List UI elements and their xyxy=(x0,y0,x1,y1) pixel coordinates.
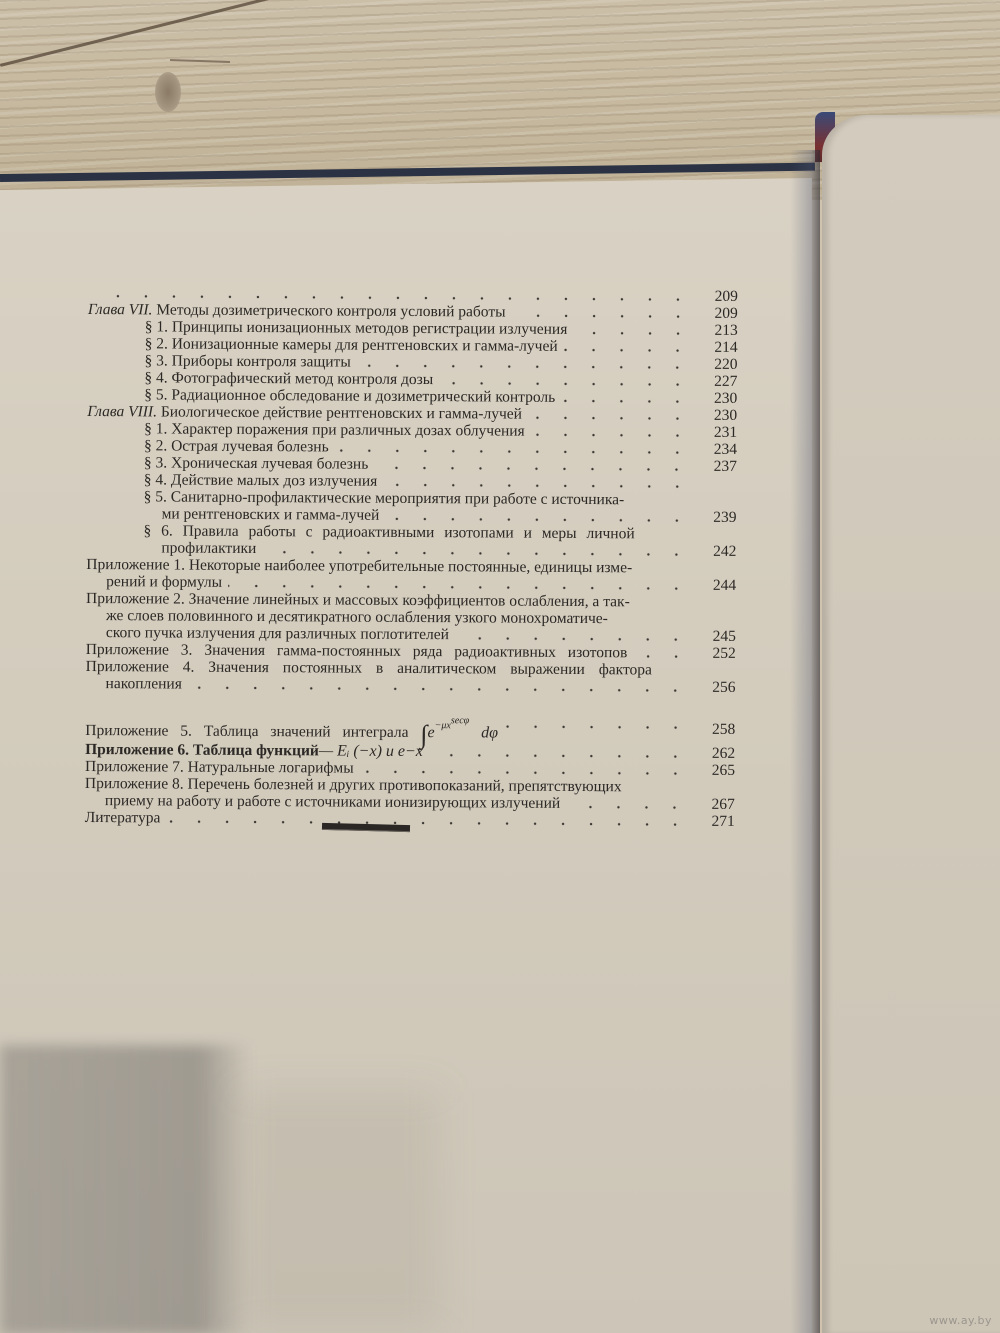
page-number: 209 xyxy=(698,288,738,305)
function-formula: — Eᵢ (−x) и e−x xyxy=(319,742,423,760)
section-number: § 1. xyxy=(144,420,167,437)
leader-dots xyxy=(564,348,692,353)
wood-crack xyxy=(0,0,291,67)
section-title: Действие малых доз излучения xyxy=(171,472,377,490)
page-number: 244 xyxy=(696,577,736,594)
leader-dots xyxy=(94,294,692,302)
section-number: § 4. xyxy=(144,471,167,488)
section-title: Острая лучевая болезнь xyxy=(171,438,329,456)
section-number: § 2. xyxy=(144,437,167,454)
formula-differential: dφ xyxy=(481,724,498,741)
section-number: § 5. xyxy=(144,488,167,505)
appendix-label: Приложение 6. xyxy=(85,741,189,759)
leader-dots xyxy=(383,483,691,489)
page-number: 220 xyxy=(697,356,737,373)
page-number: 231 xyxy=(697,424,737,441)
leader-dots xyxy=(561,399,691,404)
page-number: 230 xyxy=(697,407,737,424)
section-number: § 2. xyxy=(145,335,168,352)
spine-shadow xyxy=(790,150,820,1333)
section-title-continuation: ми рентгеновских и гамма-лучей xyxy=(162,505,380,523)
section-number: § 3. xyxy=(144,454,167,471)
leader-dots xyxy=(528,416,691,421)
appendix-title: Таблица значений интеграла xyxy=(204,723,409,741)
appendix-label: Приложение 4. xyxy=(86,658,195,676)
page-number: 258 xyxy=(695,721,735,738)
hand-shadow xyxy=(240,1090,440,1330)
page-number: 252 xyxy=(696,645,736,662)
leader-dots xyxy=(166,819,688,826)
appendix-label: Приложение 1. xyxy=(86,556,185,574)
integral-formula: ∫e−μxsecφ dφ xyxy=(420,724,498,741)
section-number: § 1. xyxy=(145,318,168,335)
page-number: 230 xyxy=(697,390,737,407)
section-title: Характер поражения при различных дозах о… xyxy=(171,421,525,440)
page-number: 262 xyxy=(695,745,735,762)
watermark: www.ay.by xyxy=(929,1314,992,1327)
appendix-label: Приложение 5. xyxy=(85,722,192,740)
page-number: 267 xyxy=(695,796,735,813)
leader-dots xyxy=(228,584,690,591)
appendix-label: Приложение 8. xyxy=(85,775,184,793)
leader-dots xyxy=(455,636,690,641)
leader-dots xyxy=(429,753,689,759)
chapter-label: Глава VII. xyxy=(88,301,153,318)
toc-appendix: Приложение 5. Таблица значений интеграла… xyxy=(85,710,735,745)
appendix-title-continuation: накопления xyxy=(106,675,182,692)
chapter-title: Биологическое действие рентгеновских и г… xyxy=(161,403,522,422)
leader-dots xyxy=(633,654,689,658)
leader-dots xyxy=(573,331,691,336)
hand-shadow xyxy=(0,1045,250,1333)
leader-dots xyxy=(531,433,691,438)
leader-dots xyxy=(385,517,690,523)
page-number: 234 xyxy=(697,441,737,458)
leader-dots xyxy=(188,686,690,693)
page-number: 256 xyxy=(695,679,735,696)
right-page xyxy=(822,115,1000,1333)
formula-exponent-power: secφ xyxy=(451,715,469,726)
leader-dots xyxy=(504,725,689,730)
literature-label: Литература xyxy=(85,809,161,826)
appendix-title: Таблица функций xyxy=(193,742,319,760)
appendix-label: Приложение 3. xyxy=(86,641,193,659)
section-title: Фотографический метод контроля дозы xyxy=(172,370,434,389)
leader-dots xyxy=(262,550,690,557)
formula-exponent: −μx xyxy=(435,720,451,731)
section-title: Приборы контроля защиты xyxy=(172,353,351,371)
section-title: Хроническая лучевая болезнь xyxy=(171,455,368,473)
appendix-title-continuation: рений и формулы xyxy=(106,573,222,591)
leader-dots xyxy=(439,381,691,387)
page-number: 265 xyxy=(695,762,735,779)
wood-knot xyxy=(155,72,181,112)
section-number: § 5. xyxy=(144,386,167,403)
appendix-title-continuation: ского пучка излучения для различных погл… xyxy=(106,624,449,643)
chapter-title: Методы дозиметрического контроля условий… xyxy=(156,301,505,320)
page-number: 209 xyxy=(698,305,738,322)
section-title-continuation: профилактики xyxy=(161,539,256,557)
leader-dots xyxy=(512,314,692,319)
appendix-title: Натуральные логарифмы xyxy=(188,759,354,777)
appendix-label: Приложение 7. xyxy=(85,758,184,776)
chapter-label: Глава VIII. xyxy=(87,403,157,420)
leader-dots xyxy=(360,770,689,776)
section-number: § 4. xyxy=(144,369,167,386)
page-number: 271 xyxy=(695,813,735,830)
page-number: 242 xyxy=(696,543,736,560)
page-number: 227 xyxy=(697,373,737,390)
page-number: 239 xyxy=(697,509,737,526)
leader-dots xyxy=(357,364,692,370)
page-number: 245 xyxy=(696,628,736,645)
appendix-label: Приложение 2. xyxy=(86,590,185,608)
page-number: 214 xyxy=(698,339,738,356)
page-number: 213 xyxy=(698,322,738,339)
leader-dots xyxy=(335,449,691,455)
section-number: § 6. xyxy=(143,522,172,539)
wood-crack xyxy=(170,59,230,63)
table-of-contents: 209 Глава VII. Методы дозиметрического к… xyxy=(85,284,738,830)
page-number: 237 xyxy=(697,458,737,475)
leader-dots xyxy=(374,466,691,472)
section-number: § 3. xyxy=(144,352,167,369)
leader-dots xyxy=(566,805,689,810)
